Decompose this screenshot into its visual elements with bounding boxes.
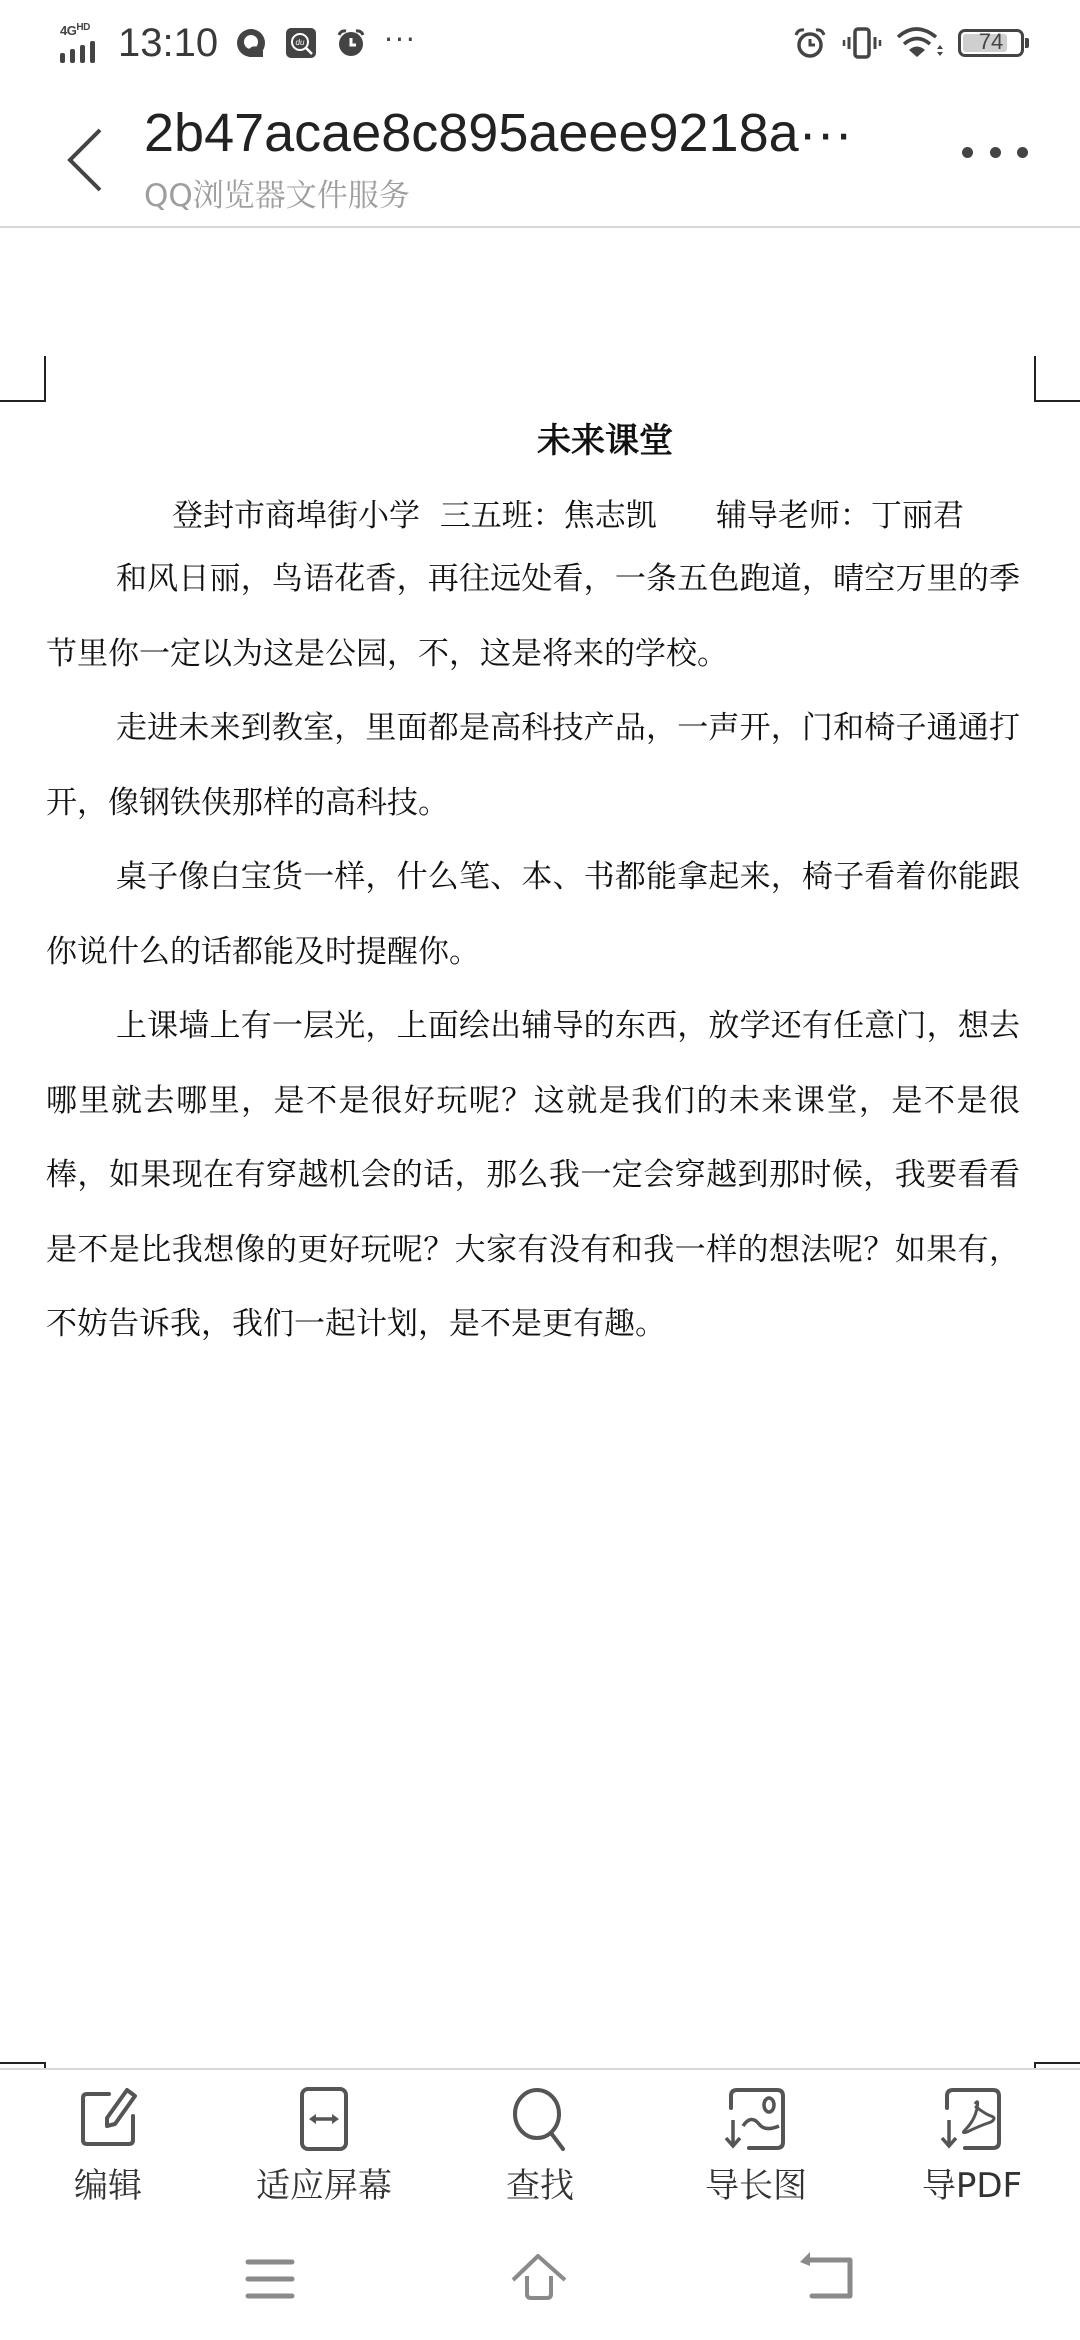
paragraph: 桌子像白宝货一样，什么笔、本、书都能拿起来，椅子看着你能跟你说什么的话都能及时提… — [46, 840, 1020, 989]
export-pdf-button[interactable]: 导PDF — [864, 2070, 1080, 2218]
chevron-left-icon — [56, 120, 116, 200]
document-body: 和风日丽，鸟语花香，再往远处看，一条五色跑道，晴空万里的季节里你一定以为这是公园… — [46, 542, 1020, 1362]
cellular-signal-icon: 4GHD — [58, 21, 106, 65]
paragraph: 走进未来到教室，里面都是高科技产品，一声开，门和椅子通通打开，像钢铁侠那样的高科… — [46, 691, 1020, 840]
export-long-image-button[interactable]: 导长图 — [648, 2070, 864, 2218]
back-button[interactable] — [56, 120, 116, 200]
vibrate-icon — [842, 25, 882, 61]
paragraph: 和风日丽，鸟语花香，再往远处看，一条五色跑道，晴空万里的季节里你一定以为这是公园… — [46, 542, 1020, 691]
alarm-icon — [792, 25, 828, 61]
export-pdf-icon — [939, 2086, 1005, 2152]
title-bar: 2b47acae8c895aeee9218a··· QQ浏览器文件服务 — [0, 84, 1080, 228]
status-bar: 4GHD 13:10 du ··· 74 — [0, 0, 1080, 84]
nav-home-button[interactable] — [510, 2252, 570, 2302]
wifi-icon — [896, 25, 944, 61]
export-long-image-icon — [723, 2086, 789, 2152]
network-badge: HD — [76, 22, 89, 33]
edit-label: 编辑 — [74, 2158, 142, 2207]
page-crop-mark-top-right — [1034, 356, 1080, 402]
nav-back-button[interactable] — [798, 2252, 858, 2302]
menu-icon — [240, 2252, 300, 2302]
more-dot-icon — [1017, 147, 1028, 158]
alarm-clock-icon — [334, 26, 368, 60]
battery-level: 74 — [961, 29, 1021, 55]
edit-icon — [75, 2086, 141, 2152]
status-left: 4GHD 13:10 du ··· — [58, 18, 417, 68]
home-icon — [510, 2252, 570, 2302]
more-notifications-icon: ··· — [384, 23, 417, 56]
more-options-button[interactable] — [962, 132, 1028, 172]
system-navigation-bar — [0, 2216, 1080, 2340]
document-byline: 登封市商埠街小学 三五班：焦志凯 辅导老师：丁丽君 — [172, 490, 964, 535]
more-dot-icon — [990, 147, 1001, 158]
battery-icon: 74 — [958, 29, 1024, 57]
search-button[interactable]: 查找 — [432, 2070, 648, 2218]
status-right: 74 — [792, 18, 1024, 68]
page-crop-mark-top-left — [0, 356, 46, 402]
file-source-subtitle: QQ浏览器文件服务 — [144, 170, 410, 215]
document-viewer[interactable]: 未来课堂 登封市商埠街小学 三五班：焦志凯 辅导老师：丁丽君 和风日丽，鸟语花香… — [0, 228, 1080, 2070]
fit-screen-label: 适应屏幕 — [256, 2158, 392, 2207]
paragraph: 上课墙上有一层光，上面绘出辅导的东西，放学还有任意门，想去哪里就去哪里，是不是很… — [46, 989, 1020, 1362]
document-title: 未来课堂 — [0, 413, 1080, 462]
export-pdf-label: 导PDF — [922, 2158, 1022, 2207]
bottom-toolbar: 编辑 适应屏幕 查找 导长图 导PDF — [0, 2068, 1080, 2218]
svg-text:du: du — [296, 38, 305, 47]
edit-button[interactable]: 编辑 — [0, 2070, 216, 2218]
fit-screen-icon — [291, 2086, 357, 2152]
clock: 13:10 — [118, 21, 218, 66]
qq-browser-icon — [234, 26, 268, 60]
nav-menu-button[interactable] — [240, 2252, 300, 2302]
network-type: 4G — [60, 23, 76, 38]
baidu-search-icon: du — [284, 26, 318, 60]
more-dot-icon — [962, 147, 973, 158]
search-label: 查找 — [506, 2158, 574, 2207]
file-title: 2b47acae8c895aeee9218a··· — [144, 102, 853, 164]
back-arrow-icon — [798, 2252, 858, 2302]
search-icon — [507, 2086, 573, 2152]
export-long-image-label: 导长图 — [705, 2158, 807, 2207]
fit-screen-button[interactable]: 适应屏幕 — [216, 2070, 432, 2218]
